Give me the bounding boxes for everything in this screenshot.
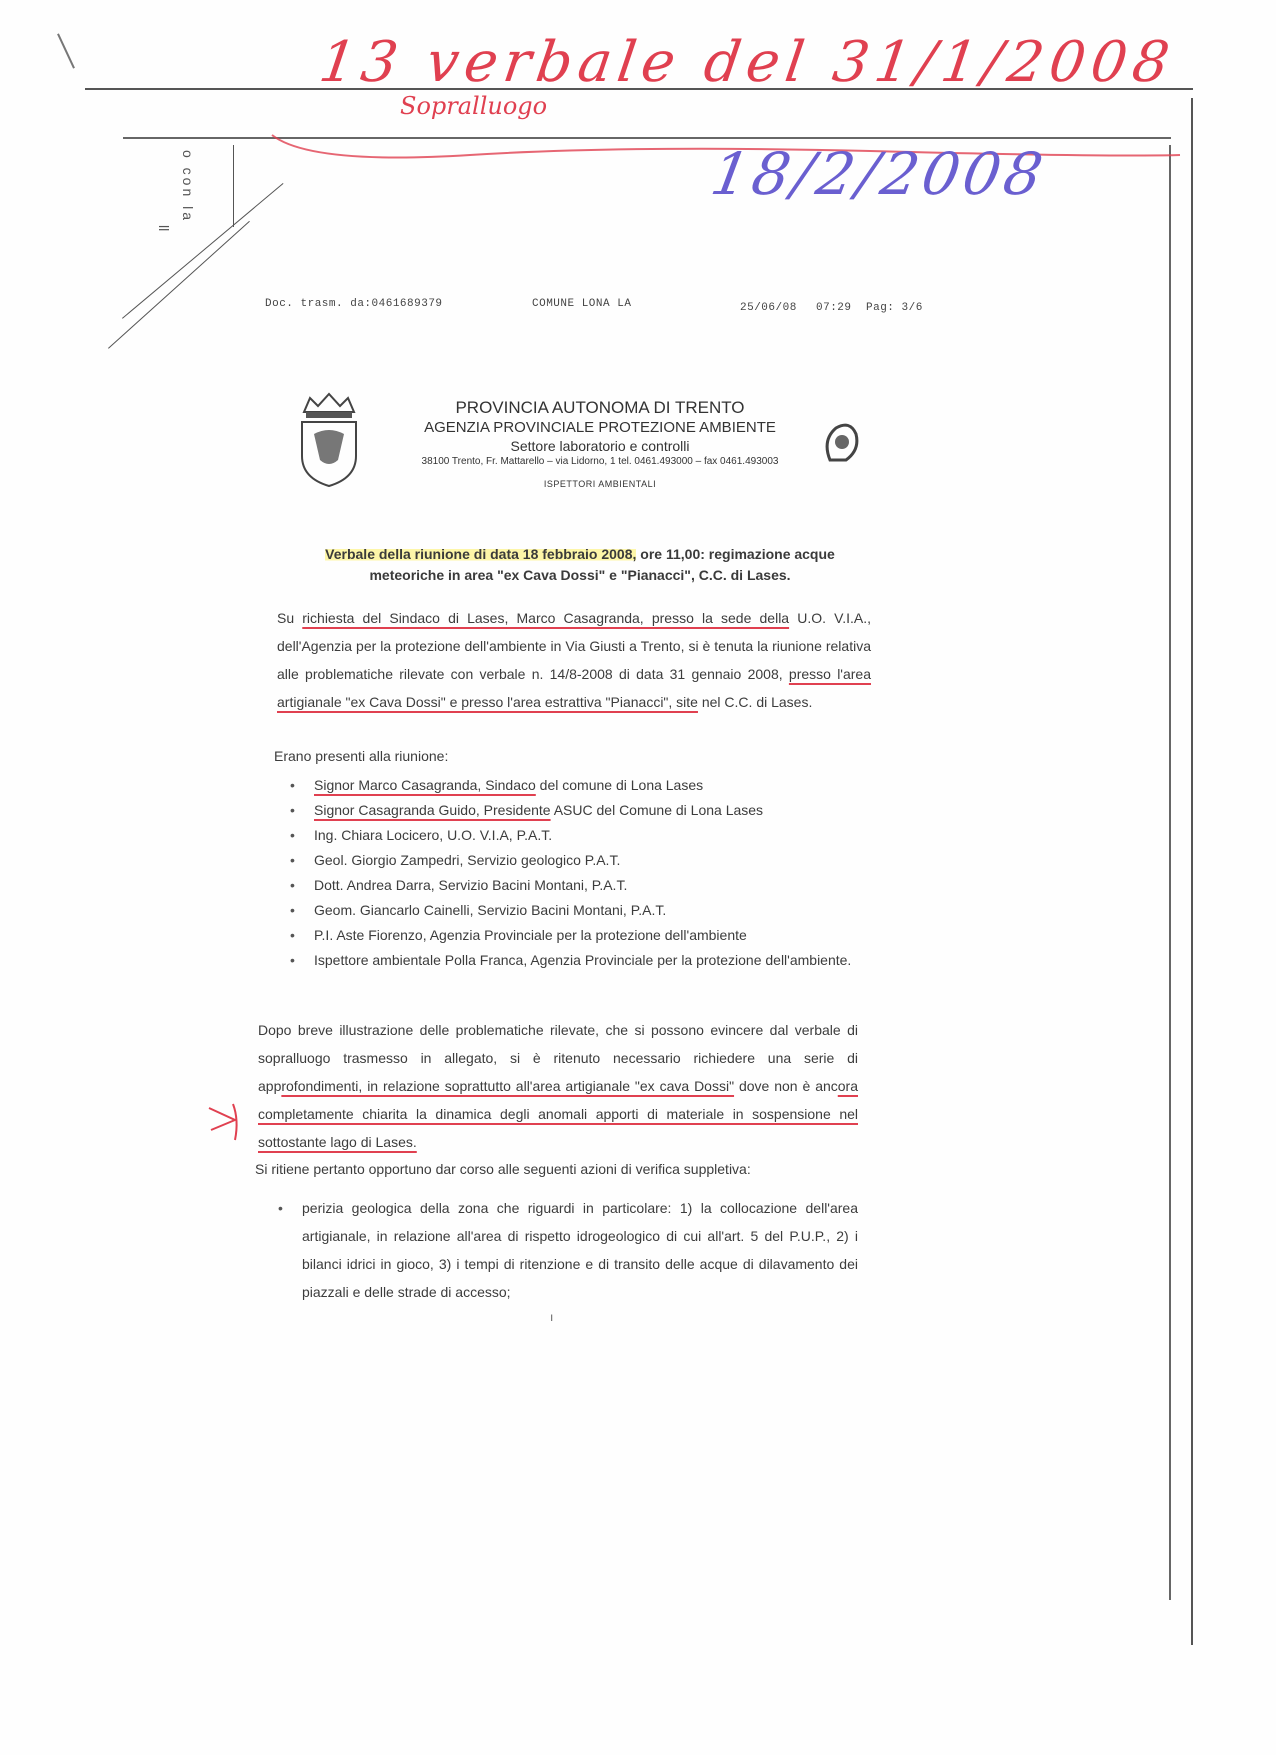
letterhead-address: 38100 Trento, Fr. Mattarello – via Lidor…: [420, 456, 780, 467]
fax-time: 07:29: [816, 302, 852, 314]
inner-border-right: [1169, 145, 1171, 1600]
underlined-request: richiesta del Sindaco di Lases, Marco Ca…: [302, 610, 789, 626]
attendees-intro: Erano presenti alla riunione:: [274, 748, 448, 764]
outer-border-right: [1191, 98, 1193, 1645]
attendee-item: P.I. Aste Fiorenzo, Agenzia Provinciale …: [290, 926, 870, 945]
actions-list: perizia geologica della zona che riguard…: [278, 1194, 858, 1312]
diagonal-line-2: [122, 183, 284, 319]
attendee-item: Ispettore ambientale Polla Franca, Agenz…: [290, 951, 870, 970]
letterhead-line3: Settore laboratorio e controlli: [420, 438, 780, 454]
fax-page: Pag: 3/6: [866, 302, 923, 314]
fax-recipient: COMUNE LONA LA: [532, 298, 631, 310]
stray-mark-bottom: ı: [550, 1310, 553, 1324]
attendee-item: Geom. Giancarlo Cainelli, Servizio Bacin…: [290, 901, 870, 920]
handwritten-date: 18/2/2008: [706, 140, 1051, 208]
paragraph-actions-intro: Si ritiene pertanto opportuno dar corso …: [255, 1161, 751, 1177]
attendee-item: Signor Casagranda Guido, Presidente ASUC…: [290, 801, 870, 820]
title-highlight: Verbale della riunione di data 18 febbra…: [325, 546, 636, 562]
paragraph-intro: Su richiesta del Sindaco di Lases, Marco…: [277, 604, 871, 716]
stray-mark: [57, 33, 75, 68]
coat-of-arms-icon: [296, 390, 362, 488]
letterhead-line2: AGENZIA PROVINCIALE PROTEZIONE AMBIENTE: [420, 419, 780, 436]
attendee-item: Geol. Giorgio Zampedri, Servizio geologi…: [290, 851, 870, 870]
fax-sender: Doc. trasm. da:0461689379: [265, 298, 443, 310]
underlined-ex-cava: rofondimenti, in relazione soprattutto a…: [281, 1078, 734, 1094]
appa-logo-icon: [822, 420, 860, 466]
letterhead-line1: PROVINCIA AUTONOMA DI TRENTO: [420, 398, 780, 418]
paragraph-discussion: Dopo breve illustrazione delle problemat…: [258, 1016, 858, 1156]
margin-vertical-line: [233, 145, 234, 227]
fax-date: 25/06/08: [740, 302, 797, 314]
attendee-item: Dott. Andrea Darra, Servizio Bacini Mont…: [290, 876, 870, 895]
action-item: perizia geologica della zona che riguard…: [278, 1194, 858, 1306]
attendee-item: Ing. Chiara Locicero, U.O. V.I.A, P.A.T.: [290, 826, 870, 845]
document-title: Verbale della riunione di data 18 febbra…: [300, 544, 860, 586]
margin-rotated-text: o con la: [180, 150, 196, 223]
margin-fragment: o con la: [180, 150, 196, 223]
handwritten-note-verbale: 13 verbale del 31/1/2008: [315, 30, 1179, 95]
diagonal-line-1: [108, 221, 250, 349]
margin-fragment-2: ll: [156, 225, 172, 231]
attendee-item: Signor Marco Casagranda, Sindaco del com…: [290, 776, 870, 795]
letterhead-department: ISPETTORI AMBIENTALI: [420, 479, 780, 489]
margin-check-mark: [205, 1100, 243, 1142]
attendees-list: Signor Marco Casagranda, Sindaco del com…: [290, 776, 870, 976]
